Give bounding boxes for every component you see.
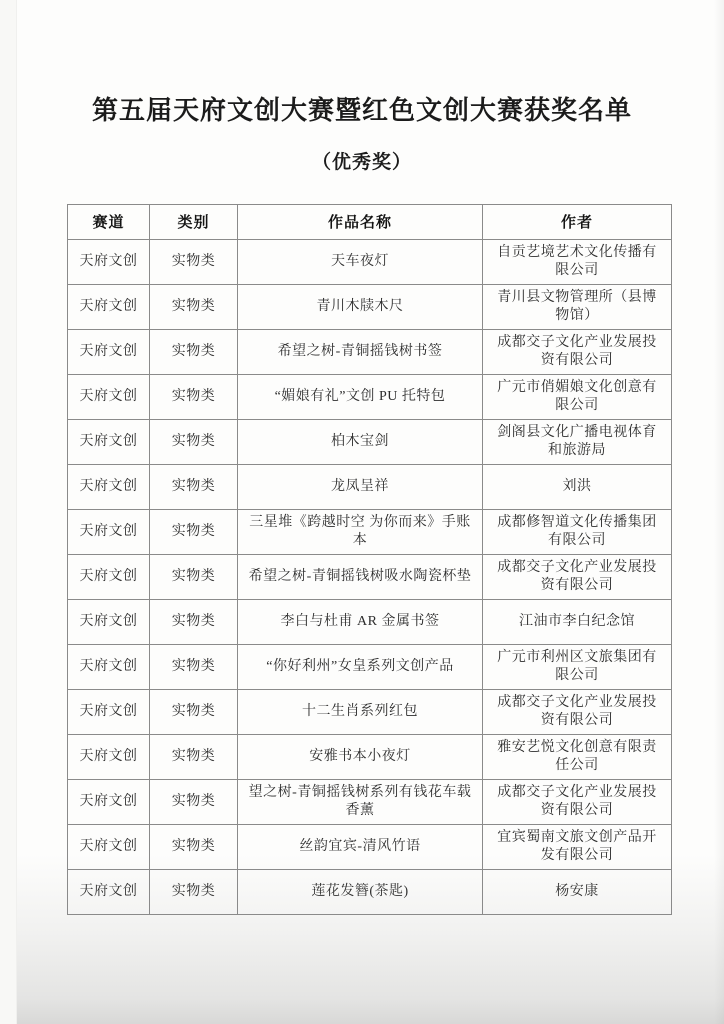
cell-track: 天府文创	[68, 734, 150, 779]
cell-track: 天府文创	[68, 779, 150, 824]
cell-work: 柏木宝剑	[238, 419, 483, 464]
cell-author: 成都交子文化产业发展投资有限公司	[483, 779, 672, 824]
cell-author: 广元市利州区文旅集团有限公司	[483, 644, 672, 689]
cell-category: 实物类	[150, 374, 238, 419]
cell-category: 实物类	[150, 419, 238, 464]
cell-category: 实物类	[150, 869, 238, 914]
page-subtitle: （优秀奖）	[0, 147, 724, 174]
cell-work: 望之树-青铜摇钱树系列有钱花车载香薰	[238, 779, 483, 824]
cell-category: 实物类	[150, 644, 238, 689]
cell-category: 实物类	[150, 824, 238, 869]
document-page: 第五届天府文创大赛暨红色文创大赛获奖名单 （优秀奖） 赛道 类别 作品名称 作者…	[0, 0, 724, 1024]
cell-category: 实物类	[150, 779, 238, 824]
cell-work: 十二生肖系列红包	[238, 689, 483, 734]
cell-category: 实物类	[150, 734, 238, 779]
cell-author: 宜宾蜀南文旅文创产品开发有限公司	[483, 824, 672, 869]
cell-work: 李白与杜甫 AR 金属书签	[238, 599, 483, 644]
cell-category: 实物类	[150, 284, 238, 329]
cell-work: 天车夜灯	[238, 239, 483, 284]
column-header-category: 类别	[150, 204, 238, 239]
cell-track: 天府文创	[68, 599, 150, 644]
column-header-track: 赛道	[68, 204, 150, 239]
table-row: 天府文创实物类丝韵宜宾-清风竹语宜宾蜀南文旅文创产品开发有限公司	[68, 824, 672, 869]
cell-category: 实物类	[150, 464, 238, 509]
cell-track: 天府文创	[68, 284, 150, 329]
cell-work: 龙凤呈祥	[238, 464, 483, 509]
cell-category: 实物类	[150, 329, 238, 374]
cell-category: 实物类	[150, 689, 238, 734]
cell-author: 刘洪	[483, 464, 672, 509]
table-row: 天府文创实物类“媚娘有礼”文创 PU 托特包广元市俏媚娘文化创意有限公司	[68, 374, 672, 419]
cell-track: 天府文创	[68, 464, 150, 509]
table-row: 天府文创实物类望之树-青铜摇钱树系列有钱花车载香薰成都交子文化产业发展投资有限公…	[68, 779, 672, 824]
table-row: 天府文创实物类龙凤呈祥刘洪	[68, 464, 672, 509]
cell-track: 天府文创	[68, 869, 150, 914]
cell-work: 希望之树-青铜摇钱树书签	[238, 329, 483, 374]
table-header-row: 赛道 类别 作品名称 作者	[68, 204, 672, 239]
cell-category: 实物类	[150, 509, 238, 554]
cell-author: 成都交子文化产业发展投资有限公司	[483, 329, 672, 374]
cell-author: 青川县文物管理所（县博物馆）	[483, 284, 672, 329]
column-header-author: 作者	[483, 204, 672, 239]
cell-work: “媚娘有礼”文创 PU 托特包	[238, 374, 483, 419]
cell-author: 成都修智道文化传播集团有限公司	[483, 509, 672, 554]
table-row: 天府文创实物类“你好利州”女皇系列文创产品广元市利州区文旅集团有限公司	[68, 644, 672, 689]
cell-track: 天府文创	[68, 644, 150, 689]
cell-track: 天府文创	[68, 554, 150, 599]
table-row: 天府文创实物类天车夜灯自贡艺境艺术文化传播有限公司	[68, 239, 672, 284]
cell-track: 天府文创	[68, 509, 150, 554]
column-header-work: 作品名称	[238, 204, 483, 239]
cell-track: 天府文创	[68, 329, 150, 374]
cell-author: 成都交子文化产业发展投资有限公司	[483, 689, 672, 734]
cell-category: 实物类	[150, 554, 238, 599]
page-title: 第五届天府文创大赛暨红色文创大赛获奖名单	[0, 0, 724, 128]
table-row: 天府文创实物类希望之树-青铜摇钱树吸水陶瓷杯垫成都交子文化产业发展投资有限公司	[68, 554, 672, 599]
cell-author: 剑阁县文化广播电视体育和旅游局	[483, 419, 672, 464]
cell-author: 广元市俏媚娘文化创意有限公司	[483, 374, 672, 419]
cell-work: 莲花发簪(茶匙)	[238, 869, 483, 914]
table-row: 天府文创实物类莲花发簪(茶匙)杨安康	[68, 869, 672, 914]
table-row: 天府文创实物类柏木宝剑剑阁县文化广播电视体育和旅游局	[68, 419, 672, 464]
cell-author: 成都交子文化产业发展投资有限公司	[483, 554, 672, 599]
cell-work: 丝韵宜宾-清风竹语	[238, 824, 483, 869]
cell-category: 实物类	[150, 239, 238, 284]
cell-work: 安雅书本小夜灯	[238, 734, 483, 779]
cell-work: 希望之树-青铜摇钱树吸水陶瓷杯垫	[238, 554, 483, 599]
cell-category: 实物类	[150, 599, 238, 644]
table-row: 天府文创实物类十二生肖系列红包成都交子文化产业发展投资有限公司	[68, 689, 672, 734]
cell-track: 天府文创	[68, 689, 150, 734]
cell-track: 天府文创	[68, 824, 150, 869]
cell-author: 江油市李白纪念馆	[483, 599, 672, 644]
cell-track: 天府文创	[68, 419, 150, 464]
cell-track: 天府文创	[68, 239, 150, 284]
table-row: 天府文创实物类安雅书本小夜灯雅安艺悦文化创意有限责任公司	[68, 734, 672, 779]
cell-track: 天府文创	[68, 374, 150, 419]
cell-author: 杨安康	[483, 869, 672, 914]
table-row: 天府文创实物类青川木牍木尺青川县文物管理所（县博物馆）	[68, 284, 672, 329]
cell-work: 三星堆《跨越时空 为你而来》手账本	[238, 509, 483, 554]
award-table: 赛道 类别 作品名称 作者 天府文创实物类天车夜灯自贡艺境艺术文化传播有限公司天…	[67, 204, 672, 915]
cell-work: 青川木牍木尺	[238, 284, 483, 329]
table-row: 天府文创实物类三星堆《跨越时空 为你而来》手账本成都修智道文化传播集团有限公司	[68, 509, 672, 554]
scan-left-edge	[0, 0, 17, 1024]
cell-work: “你好利州”女皇系列文创产品	[238, 644, 483, 689]
table-row: 天府文创实物类李白与杜甫 AR 金属书签江油市李白纪念馆	[68, 599, 672, 644]
award-table-body: 天府文创实物类天车夜灯自贡艺境艺术文化传播有限公司天府文创实物类青川木牍木尺青川…	[68, 239, 672, 914]
table-row: 天府文创实物类希望之树-青铜摇钱树书签成都交子文化产业发展投资有限公司	[68, 329, 672, 374]
cell-author: 自贡艺境艺术文化传播有限公司	[483, 239, 672, 284]
cell-author: 雅安艺悦文化创意有限责任公司	[483, 734, 672, 779]
